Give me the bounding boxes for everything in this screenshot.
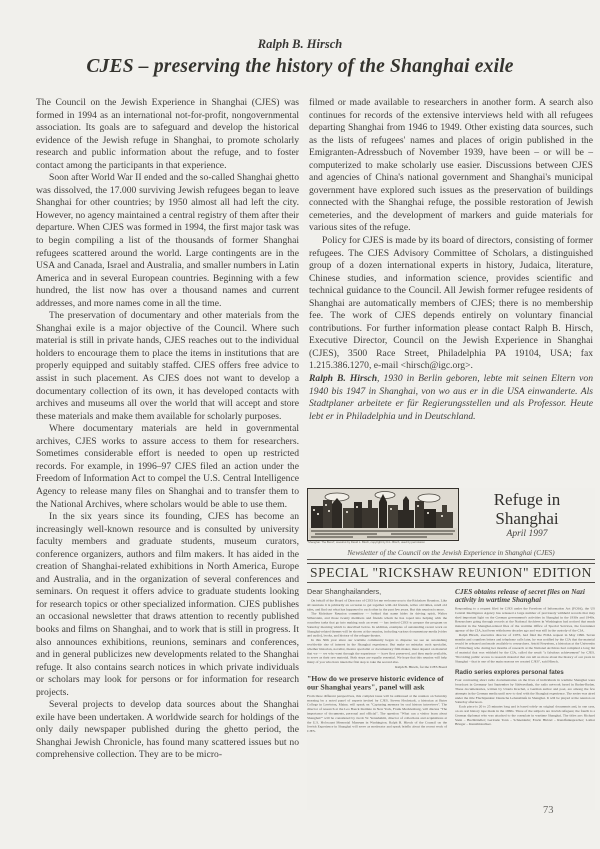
newsletter-edition-heading: SPECIAL "RICKSHAW REUNION" EDITION <box>307 565 595 581</box>
article-paragraph: Soon after World War II ended and the so… <box>36 172 299 310</box>
newsletter-rule-top <box>307 559 595 564</box>
newsletter-body: Dear Shanghailanders, On behalf of the B… <box>307 588 595 810</box>
article-paragraph: Several projects to develop data sources… <box>36 699 299 762</box>
page-title: CJES – preserving the history of the Sha… <box>0 56 600 78</box>
newsletter-paragraph: Each piece is 20 to 25 minutes long and … <box>455 704 595 726</box>
newsletter-paragraph: The Rickshaw Reunion committee — behind … <box>307 611 447 637</box>
article-paragraph: filmed or made available to researchers … <box>309 97 593 235</box>
woodcut-caption: "Shanghai: The Bund", woodcut by David L… <box>307 541 595 544</box>
newsletter-paragraph: Four contrasting short radio documentari… <box>455 678 595 704</box>
newsletter-title-line2: Shanghai <box>459 510 595 529</box>
newsletter-right-heading: CJES obtains release of secret files on … <box>455 588 595 604</box>
newsletter-masthead: Refuge in Shanghai April 1997 <box>307 488 595 541</box>
author-bio: Ralph B. Hirsch, 1930 in Berlin geboren,… <box>309 373 593 423</box>
newsletter-title-line1: Refuge in <box>459 491 595 510</box>
newsletter-subtitle: Newsletter of the Council on the Jewish … <box>307 549 595 557</box>
woodcut-caption-wrap: "Shanghai: The Bund", woodcut by David L… <box>307 541 595 546</box>
newsletter-signature: Ralph B. Hirsch, for the CJES Board <box>307 664 447 668</box>
newsletter-rule-bottom <box>307 582 595 583</box>
newsletter-paragraph: From three different perspectives, this … <box>307 693 447 733</box>
newsletter-radio-heading: Radio series explores personal fates <box>455 668 595 675</box>
newsletter-paragraph: Ralph Hirsch, executive director of CJES… <box>455 632 595 663</box>
newsletter-date: April 1997 <box>459 529 595 539</box>
article-column-left: The Council on the Jewish Experience in … <box>36 97 299 762</box>
newsletter-title-block: Refuge in Shanghai April 1997 <box>459 488 595 541</box>
article-paragraph: In the six years since its founding, CJE… <box>36 511 299 699</box>
article-paragraph: Where documentary materials are held in … <box>36 423 299 511</box>
newsletter-left-heading: Dear Shanghailanders, <box>307 588 447 596</box>
page-number: 73 <box>543 805 554 816</box>
newsletter-column-left: Dear Shanghailanders, On behalf of the B… <box>307 588 447 733</box>
newsletter-column-right: CJES obtains release of secret files on … <box>455 588 595 733</box>
bund-skyline-woodcut-image <box>307 488 459 541</box>
newsletter-paragraph: In this 50th year since our wartime comm… <box>307 638 447 664</box>
newsletter-panel-heading: "How do we preserve historic evidence of… <box>307 674 447 691</box>
article-paragraph: The preservation of documentary and othe… <box>36 310 299 423</box>
newsletter-paragraph: Responding to a request filed by CJES un… <box>455 606 595 632</box>
article-paragraph: Policy for CJES is made by its board of … <box>309 235 593 373</box>
article-paragraph: The Council on the Jewish Experience in … <box>36 97 299 172</box>
author-bio-name: Ralph B. Hirsch <box>309 373 377 384</box>
article-author: Ralph B. Hirsch <box>0 37 600 52</box>
newsletter-paragraph: On behalf of the Board of Directors of C… <box>307 598 447 611</box>
newsletter-inset: Refuge in Shanghai April 1997 "Shanghai:… <box>307 488 595 810</box>
